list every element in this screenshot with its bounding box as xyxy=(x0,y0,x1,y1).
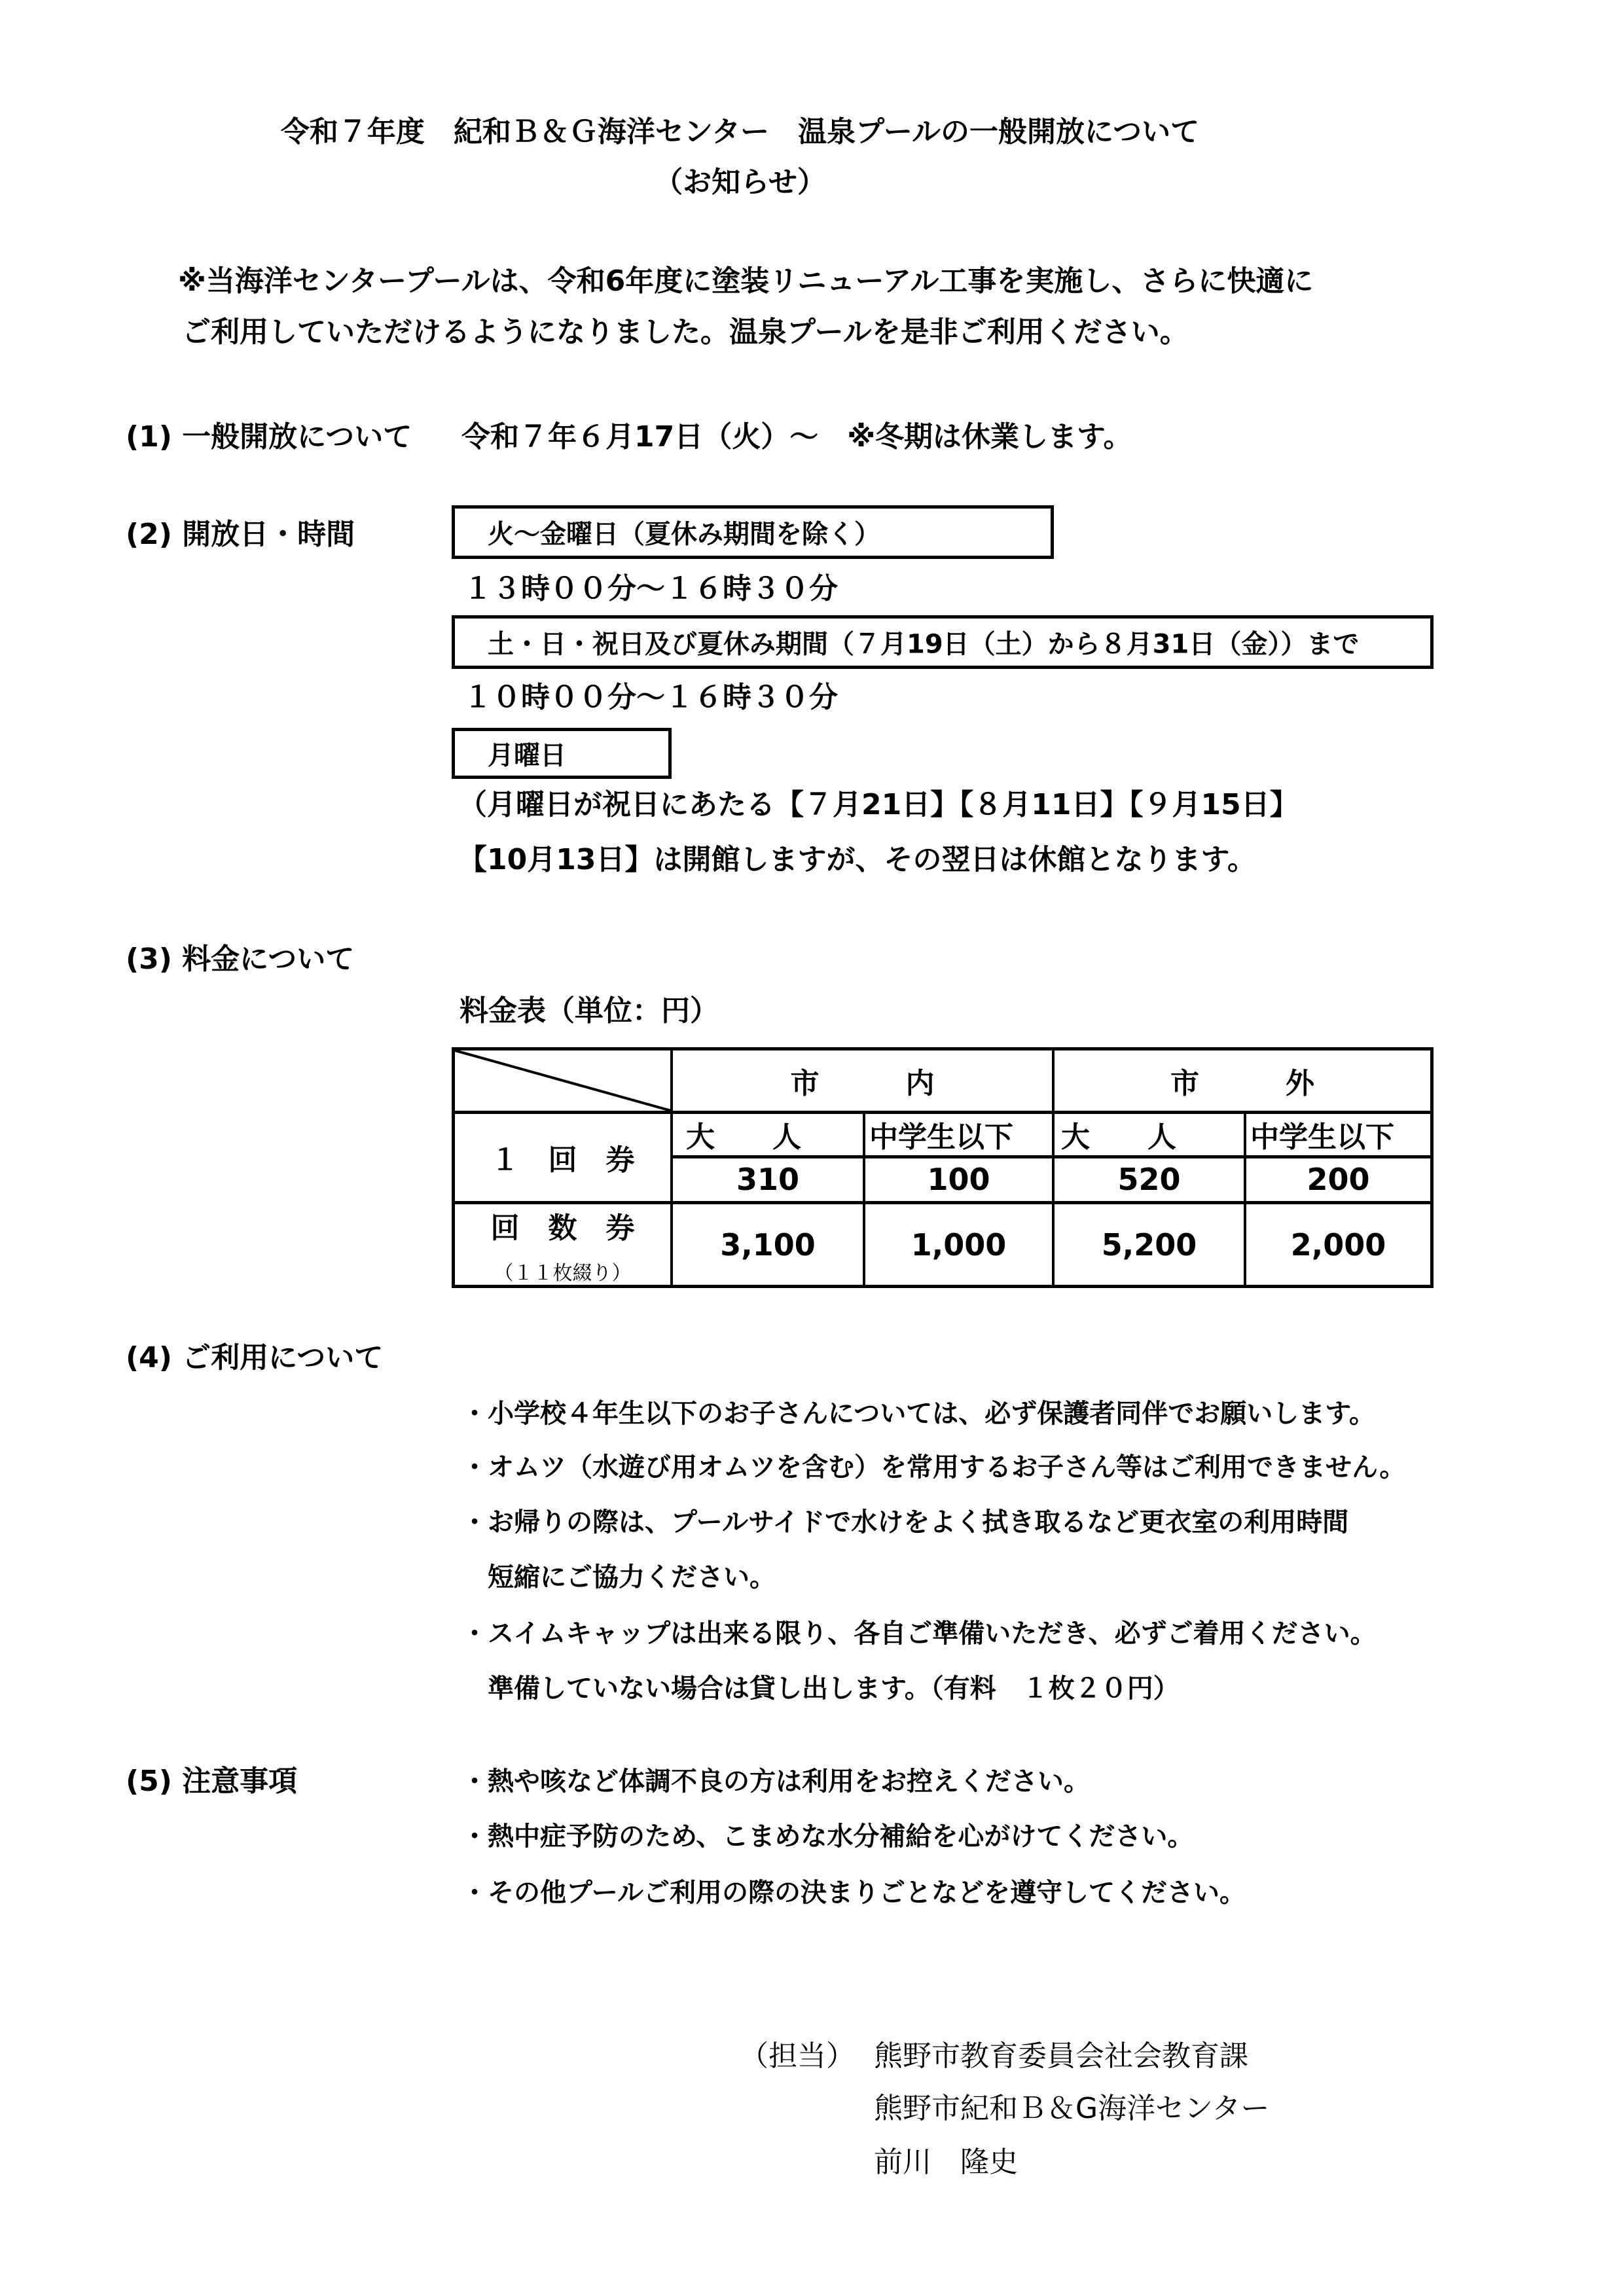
monday-note-2: 【10月13日】は開館しますが、その翌日は休館となります。 xyxy=(458,846,1256,874)
schedule-box-weekend: 土・日・祝日及び夏休み期間（７月19日（土）から８月31日（金））まで xyxy=(452,615,1434,669)
monday-note-1: （月曜日が祝日にあたる【７月21日】【８月11日】【９月15日】 xyxy=(458,791,1299,819)
usage-bullet: ・小学校４年生以下のお子さんについては、必ず保護者同伴でお願いします。 xyxy=(461,1401,1375,1427)
section-1-heading: (1) 一般開放について xyxy=(126,423,412,452)
usage-bullet-continued: 準備していない場合は貸し出します。（有料 １枚２０円） xyxy=(461,1676,1180,1702)
intro-line-1: ※当海洋センタープールは、令和6年度に塗装リニューアル工事を実施し、さらに快適に xyxy=(178,267,1313,296)
subheader-adult-in: 大 人 xyxy=(673,1113,863,1155)
contact-line-3: 前川 隆史 xyxy=(874,2148,1018,2177)
schedule-box-weekend-label: 土・日・祝日及び夏休み期間（７月19日（土）から８月31日（金））まで xyxy=(488,624,1359,661)
row-label-single-ticket: １ 回 券 xyxy=(455,1113,670,1201)
weekday-hours: １３時００分～１６時３０分 xyxy=(463,575,838,603)
section-2-heading: (2) 開放日・時間 xyxy=(126,520,355,549)
schedule-box-monday: 月曜日 xyxy=(452,728,672,779)
usage-bullet: ・お帰りの際は、プールサイドで水けをよく拭き取るなど更衣室の利用時間 xyxy=(461,1509,1348,1535)
contact-line-1: 熊野市教育委員会社会教育課 xyxy=(874,2042,1248,2071)
intro-line-2: ご利用していただけるようになりました。温泉プールを是非ご利用ください。 xyxy=(182,318,1189,347)
section-4-heading: (4) ご利用について xyxy=(126,1344,383,1372)
price-single-adult-out: 520 xyxy=(1055,1158,1244,1201)
price-single-child-out: 200 xyxy=(1246,1158,1430,1201)
caution-bullet: ・熱や咳など体調不良の方は利用をお控えください。 xyxy=(461,1768,1090,1795)
subheader-child-in: 中学生以下 xyxy=(865,1113,1052,1155)
diagonal-corner-line xyxy=(455,1050,671,1111)
row-label-coupon-ticket-text: 回 数 券 xyxy=(491,1204,635,1246)
group-header-in-city: 市 内 xyxy=(673,1050,1052,1111)
row-label-coupon-ticket: 回 数 券 （１１枚綴り） xyxy=(455,1204,670,1285)
section-5-heading: (5) 注意事項 xyxy=(126,1767,297,1796)
price-coupon-adult-in: 3,100 xyxy=(673,1204,863,1285)
caution-bullet: ・その他プールご利用の際の決まりごとなどを遵守してください。 xyxy=(461,1880,1246,1906)
document-title: 令和７年度 紀和Ｂ＆Ｇ海洋センター 温泉プールの一般開放について xyxy=(0,118,1552,147)
usage-bullet-continued: 短縮にご協力ください。 xyxy=(461,1564,776,1590)
contact-line-2: 熊野市紀和Ｂ＆G海洋センター xyxy=(874,2094,1269,2123)
price-coupon-child-out: 2,000 xyxy=(1246,1204,1430,1285)
section-3-heading: (3) 料金について xyxy=(126,945,354,974)
usage-bullet: ・スイムキャップは出来る限り、各自ご準備いただき、必ずご着用ください。 xyxy=(461,1621,1377,1647)
fee-table-caption: 料金表（単位：円） xyxy=(460,997,719,1026)
usage-bullet: ・オムツ（水遊び用オムツを含む）を常用するお子さん等はご利用できません。 xyxy=(461,1454,1405,1480)
row-label-coupon-ticket-sub: （１１枚綴り） xyxy=(494,1257,632,1285)
contact-label: （担当） xyxy=(740,2042,855,2071)
price-coupon-adult-out: 5,200 xyxy=(1055,1204,1244,1285)
caution-bullet: ・熱中症予防のため、こまめな水分補給を心がけてください。 xyxy=(461,1823,1193,1850)
weekend-hours: １０時００分～１６時３０分 xyxy=(463,683,838,712)
price-single-child-in: 100 xyxy=(865,1158,1052,1201)
schedule-box-monday-label: 月曜日 xyxy=(488,735,566,772)
price-coupon-child-in: 1,000 xyxy=(865,1204,1052,1285)
document-subtitle: （お知らせ） xyxy=(0,168,1552,197)
subheader-adult-out: 大 人 xyxy=(1055,1113,1244,1155)
section-1-text: 令和７年６月17日（火）～ ※冬期は休業します。 xyxy=(461,423,1132,452)
fee-table: 市 内 市 外 大 人 中学生以下 大 人 中学生以下 １ 回 券 310 10… xyxy=(452,1047,1434,1288)
group-header-out-city: 市 外 xyxy=(1055,1050,1430,1111)
subheader-child-out: 中学生以下 xyxy=(1246,1113,1430,1155)
schedule-box-weekday: 火～金曜日（夏休み期間を除く） xyxy=(452,505,1054,559)
schedule-box-weekday-label: 火～金曜日（夏休み期間を除く） xyxy=(488,514,880,551)
price-single-adult-in: 310 xyxy=(673,1158,863,1201)
